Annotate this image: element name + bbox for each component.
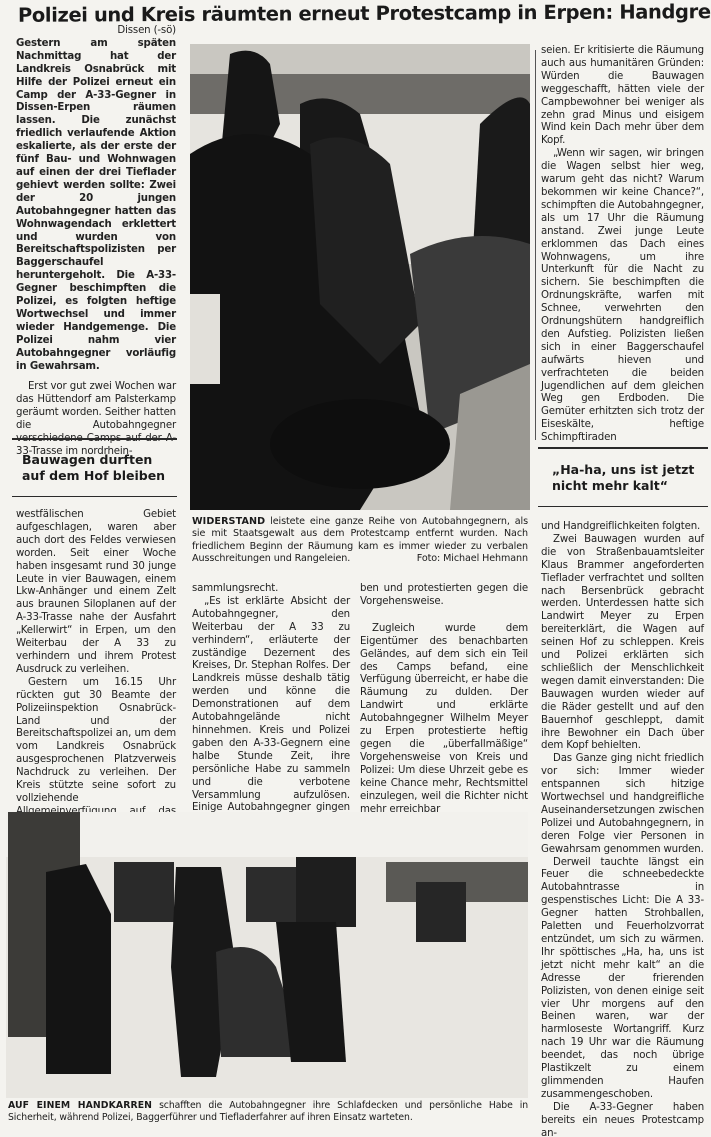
- photo-caption-resistance: WIDERSTAND leistete eine ganze Reihe von…: [192, 516, 528, 566]
- body-paragraph: ben und protestierten gegen die Vorgehen…: [360, 583, 528, 609]
- divider-rule: [538, 447, 708, 449]
- dateline: Dissen (-sö): [16, 25, 176, 38]
- headline: Polizei und Kreis räumten erneut Protest…: [18, 0, 708, 27]
- body-paragraph: und Handgreiflichkeiten folgten.: [541, 521, 704, 534]
- photo-resistance: [190, 44, 530, 510]
- column-4-top: seien. Er kritisierte die Räumung auch a…: [541, 45, 704, 445]
- body-paragraph: Erst vor gut zwei Wochen war das Hüttend…: [16, 381, 176, 458]
- photo-handcart: [6, 812, 528, 1098]
- body-paragraph: Die A-33-Gegner haben bereits ein neues …: [541, 1102, 704, 1137]
- subheading-bauwagen: Bauwagen durften auf dem Hof bleiben: [22, 452, 177, 484]
- body-paragraph: seien. Er kritisierte die Räumung auch a…: [541, 45, 704, 148]
- body-paragraph: „Es ist erklärte Absicht der Autobahngeg…: [192, 596, 350, 841]
- divider-rule: [12, 438, 177, 440]
- photo-credit: Foto: Michael Hehmann: [417, 553, 528, 565]
- body-paragraph: Zugleich wurde dem Eigentümer des benach…: [360, 623, 528, 817]
- column-1-bottom: westfälischen Gebiet aufgeschlagen, ware…: [16, 509, 176, 832]
- column-3: ben und protestierten gegen die Vorgehen…: [360, 583, 528, 816]
- body-paragraph: Gestern um 16.15 Uhr rückten gut 30 Beam…: [16, 677, 176, 832]
- divider-rule: [538, 506, 708, 507]
- photo-image: [190, 44, 530, 510]
- divider-rule: [12, 496, 177, 497]
- body-paragraph: westfälischen Gebiet aufgeschlagen, ware…: [16, 509, 176, 677]
- column-divider: [535, 50, 536, 440]
- caption-lead: WIDERSTAND: [192, 516, 265, 527]
- body-paragraph: „Wenn wir sagen, wir bringen die Wagen s…: [541, 148, 704, 445]
- column-1-top: Dissen (-sö) Gestern am späten Nachmitta…: [16, 25, 176, 459]
- photo-image: [6, 812, 528, 1098]
- body-paragraph: Das Ganze ging nicht friedlich vor sich:…: [541, 753, 704, 856]
- body-paragraph: Derweil tauchte längst ein Feuer die sch…: [541, 857, 704, 1102]
- body-paragraph: sammlungsrecht.: [192, 583, 350, 596]
- body-paragraph: Zwei Bauwagen wurden auf die von Straßen…: [541, 534, 704, 753]
- column-2: sammlungsrecht. „Es ist erklärte Absicht…: [192, 583, 350, 841]
- caption-lead: AUF EINEM HANDKARREN: [8, 1100, 152, 1111]
- subheading-haha: „Ha-ha, uns ist jetzt nicht mehr kalt“: [552, 462, 707, 494]
- lead-paragraph: Gestern am späten Nachmittag hat der Lan…: [16, 38, 176, 374]
- photo-caption-handcart: AUF EINEM HANDKARREN schafften die Autob…: [8, 1100, 528, 1125]
- column-4-bottom: und Handgreiflichkeiten folgten. Zwei Ba…: [541, 521, 704, 1137]
